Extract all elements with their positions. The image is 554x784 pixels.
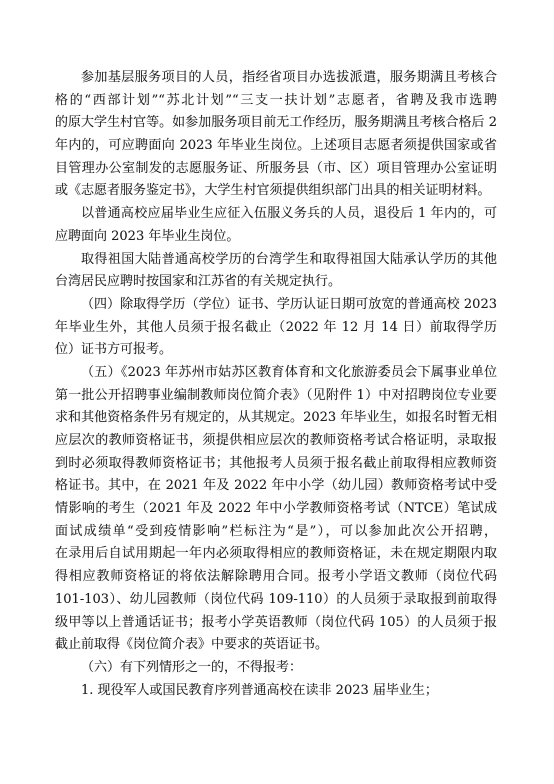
text-line: 1. 现役军人或国民教育序列普通高校在读非 2023 届毕业生； — [55, 680, 497, 703]
text-line: 第一批公开招聘事业编制教师岗位简介表》（见附件 1）中对招聘岗位专业要 — [55, 385, 497, 408]
text-line: 台湾居民应聘时按国家和江苏省的有关规定执行。 — [55, 271, 497, 294]
text-line: 得相应教师资格证的将依法解除聘用合同。报考小学语文教师（岗位代码 — [55, 566, 497, 589]
text-line: 的原大学生村官等。如参加服务项目前无工作经历，服务期满且考核合格后 2 — [55, 112, 497, 135]
text-line: 或《志愿者服务鉴定书》，大学生村官须提供组织部门出具的相关证明材料。 — [55, 180, 497, 203]
text-line: （四）除取得学历（学位）证书、学历认证日期可放宽的普通高校 2023 — [55, 294, 497, 317]
text-line: 位）证书方可报考。 — [55, 339, 497, 362]
text-line: 目管理办公室制发的志愿服务证、所服务县（市、区）项目管理办公室证明 — [55, 158, 497, 181]
text-line: 在录用后自试用期起一年内必须取得相应的教师资格证，未在规定期限内取 — [55, 543, 497, 566]
text-line: 参加基层服务项目的人员，指经省项目办选拔派遣，服务期满且考核合 — [55, 67, 497, 90]
text-line: 格证书。其中，在 2021 年及 2022 年中小学（幼儿园）教师资格考试中受疫 — [55, 475, 497, 498]
text-line: 取得祖国大陆普通高校学历的台湾学生和取得祖国大陆承认学历的其他 — [55, 249, 497, 272]
text-line: （五）《2023 年苏州市姑苏区教育体育和文化旅游委员会下属事业单位 — [55, 362, 497, 385]
document-page: 参加基层服务项目的人员，指经省项目办选拔派遣，服务期满且考核合格的“西部计划”“… — [0, 0, 554, 784]
text-line: 应层次的教师资格证书，须提供相应层次的教师资格考试合格证明，录取报 — [55, 430, 497, 453]
document-text-block: 参加基层服务项目的人员，指经省项目办选拔派遣，服务期满且考核合格的“西部计划”“… — [55, 67, 497, 702]
text-line: 面试成绩单“受到疫情影响”栏标注为“是”），可以参加此次公开招聘， — [55, 521, 497, 544]
text-line: 情影响的考生（2021 年及 2022 年中小学教师资格考试（NTCE）笔试成绩… — [55, 498, 497, 521]
text-line: 到时必须取得教师资格证书；其他报考人员须于报名截止前取得相应教师资 — [55, 453, 497, 476]
text-line: 年毕业生外，其他人员须于报名截止（2022 年 12 月 14 日）前取得学历（… — [55, 317, 497, 340]
text-line: 格的“西部计划”“苏北计划”“三支一扶计划”志愿者，省聘及我市选聘 — [55, 90, 497, 113]
text-line: 截止前取得《岗位简介表》中要求的英语证书。 — [55, 634, 497, 657]
text-line: 求和其他资格条件另有规定的，从其规定。2023 年毕业生，如报名时暂无相 — [55, 407, 497, 430]
text-line: 年内的，可应聘面向 2023 年毕业生岗位。上述项目志愿者须提供国家或省项 — [55, 135, 497, 158]
text-line: 应聘面向 2023 年毕业生岗位。 — [55, 226, 497, 249]
text-line: 以普通高校应届毕业生应征入伍服义务兵的人员，退役后 1 年内的，可 — [55, 203, 497, 226]
text-line: 101-103）、幼儿园教师（岗位代码 109-110）的人员须于录取报到前取得… — [55, 589, 497, 612]
text-line: （六）有下列情形之一的，不得报考： — [55, 657, 497, 680]
text-line: 级甲等以上普通话证书；报考小学英语教师（岗位代码 105）的人员须于报名 — [55, 612, 497, 635]
